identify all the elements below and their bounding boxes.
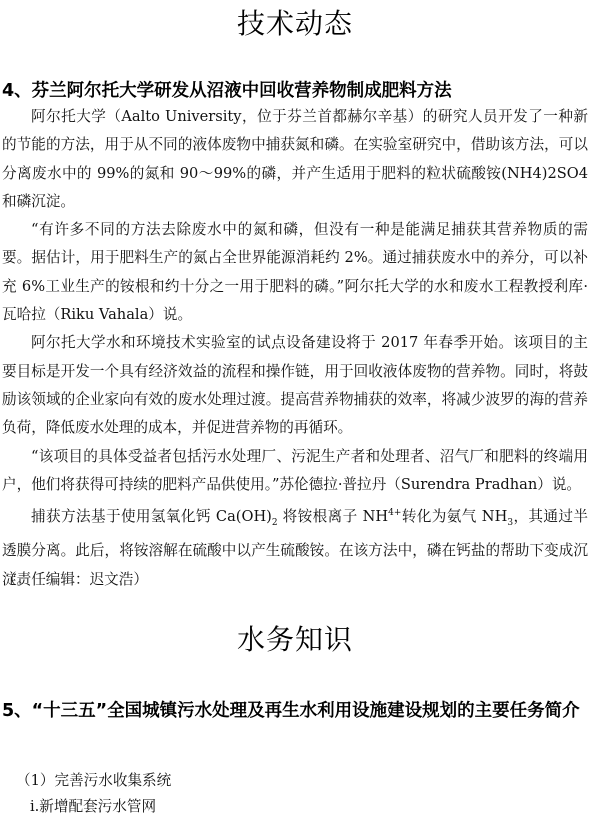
list-item-1: （1）完善污水收集系统 — [2, 768, 588, 794]
article-title-5: 5、“十三五”全国城镇污水处理及再生水利用设施建设规划的主要任务简介 — [2, 693, 588, 730]
paragraph-2: “有许多不同的方法去除废水中的氮和磷，但没有一种是能满足捕获其营养物质的需要。据… — [2, 216, 588, 329]
paragraph-1: 阿尔托大学（Aalto University，位于芬兰首都赫尔辛基）的研究人员开… — [2, 103, 588, 216]
article-5-body: （1）完善污水收集系统 i.新增配套污水管网 — [2, 768, 588, 820]
article-4-body: 阿尔托大学（Aalto University，位于芬兰首都赫尔辛基）的研究人员开… — [2, 103, 588, 594]
editor-credit: （责任编辑：迟文浩） — [2, 566, 588, 594]
section-title-tech-news: 技术动态 — [0, 2, 590, 42]
section-title-water-knowledge: 水务知识 — [0, 618, 590, 658]
paragraph-4: “该项目的具体受益者包括污水处理厂、污泥生产者和处理者、沼气厂和肥料的终端用户，… — [2, 443, 588, 500]
list-subitem-i: i.新增配套污水管网 — [2, 794, 588, 820]
paragraph-3: 阿尔托大学水和环境技术实验室的试点设备建设将于 2017 年春季开始。该项目的主… — [2, 329, 588, 442]
